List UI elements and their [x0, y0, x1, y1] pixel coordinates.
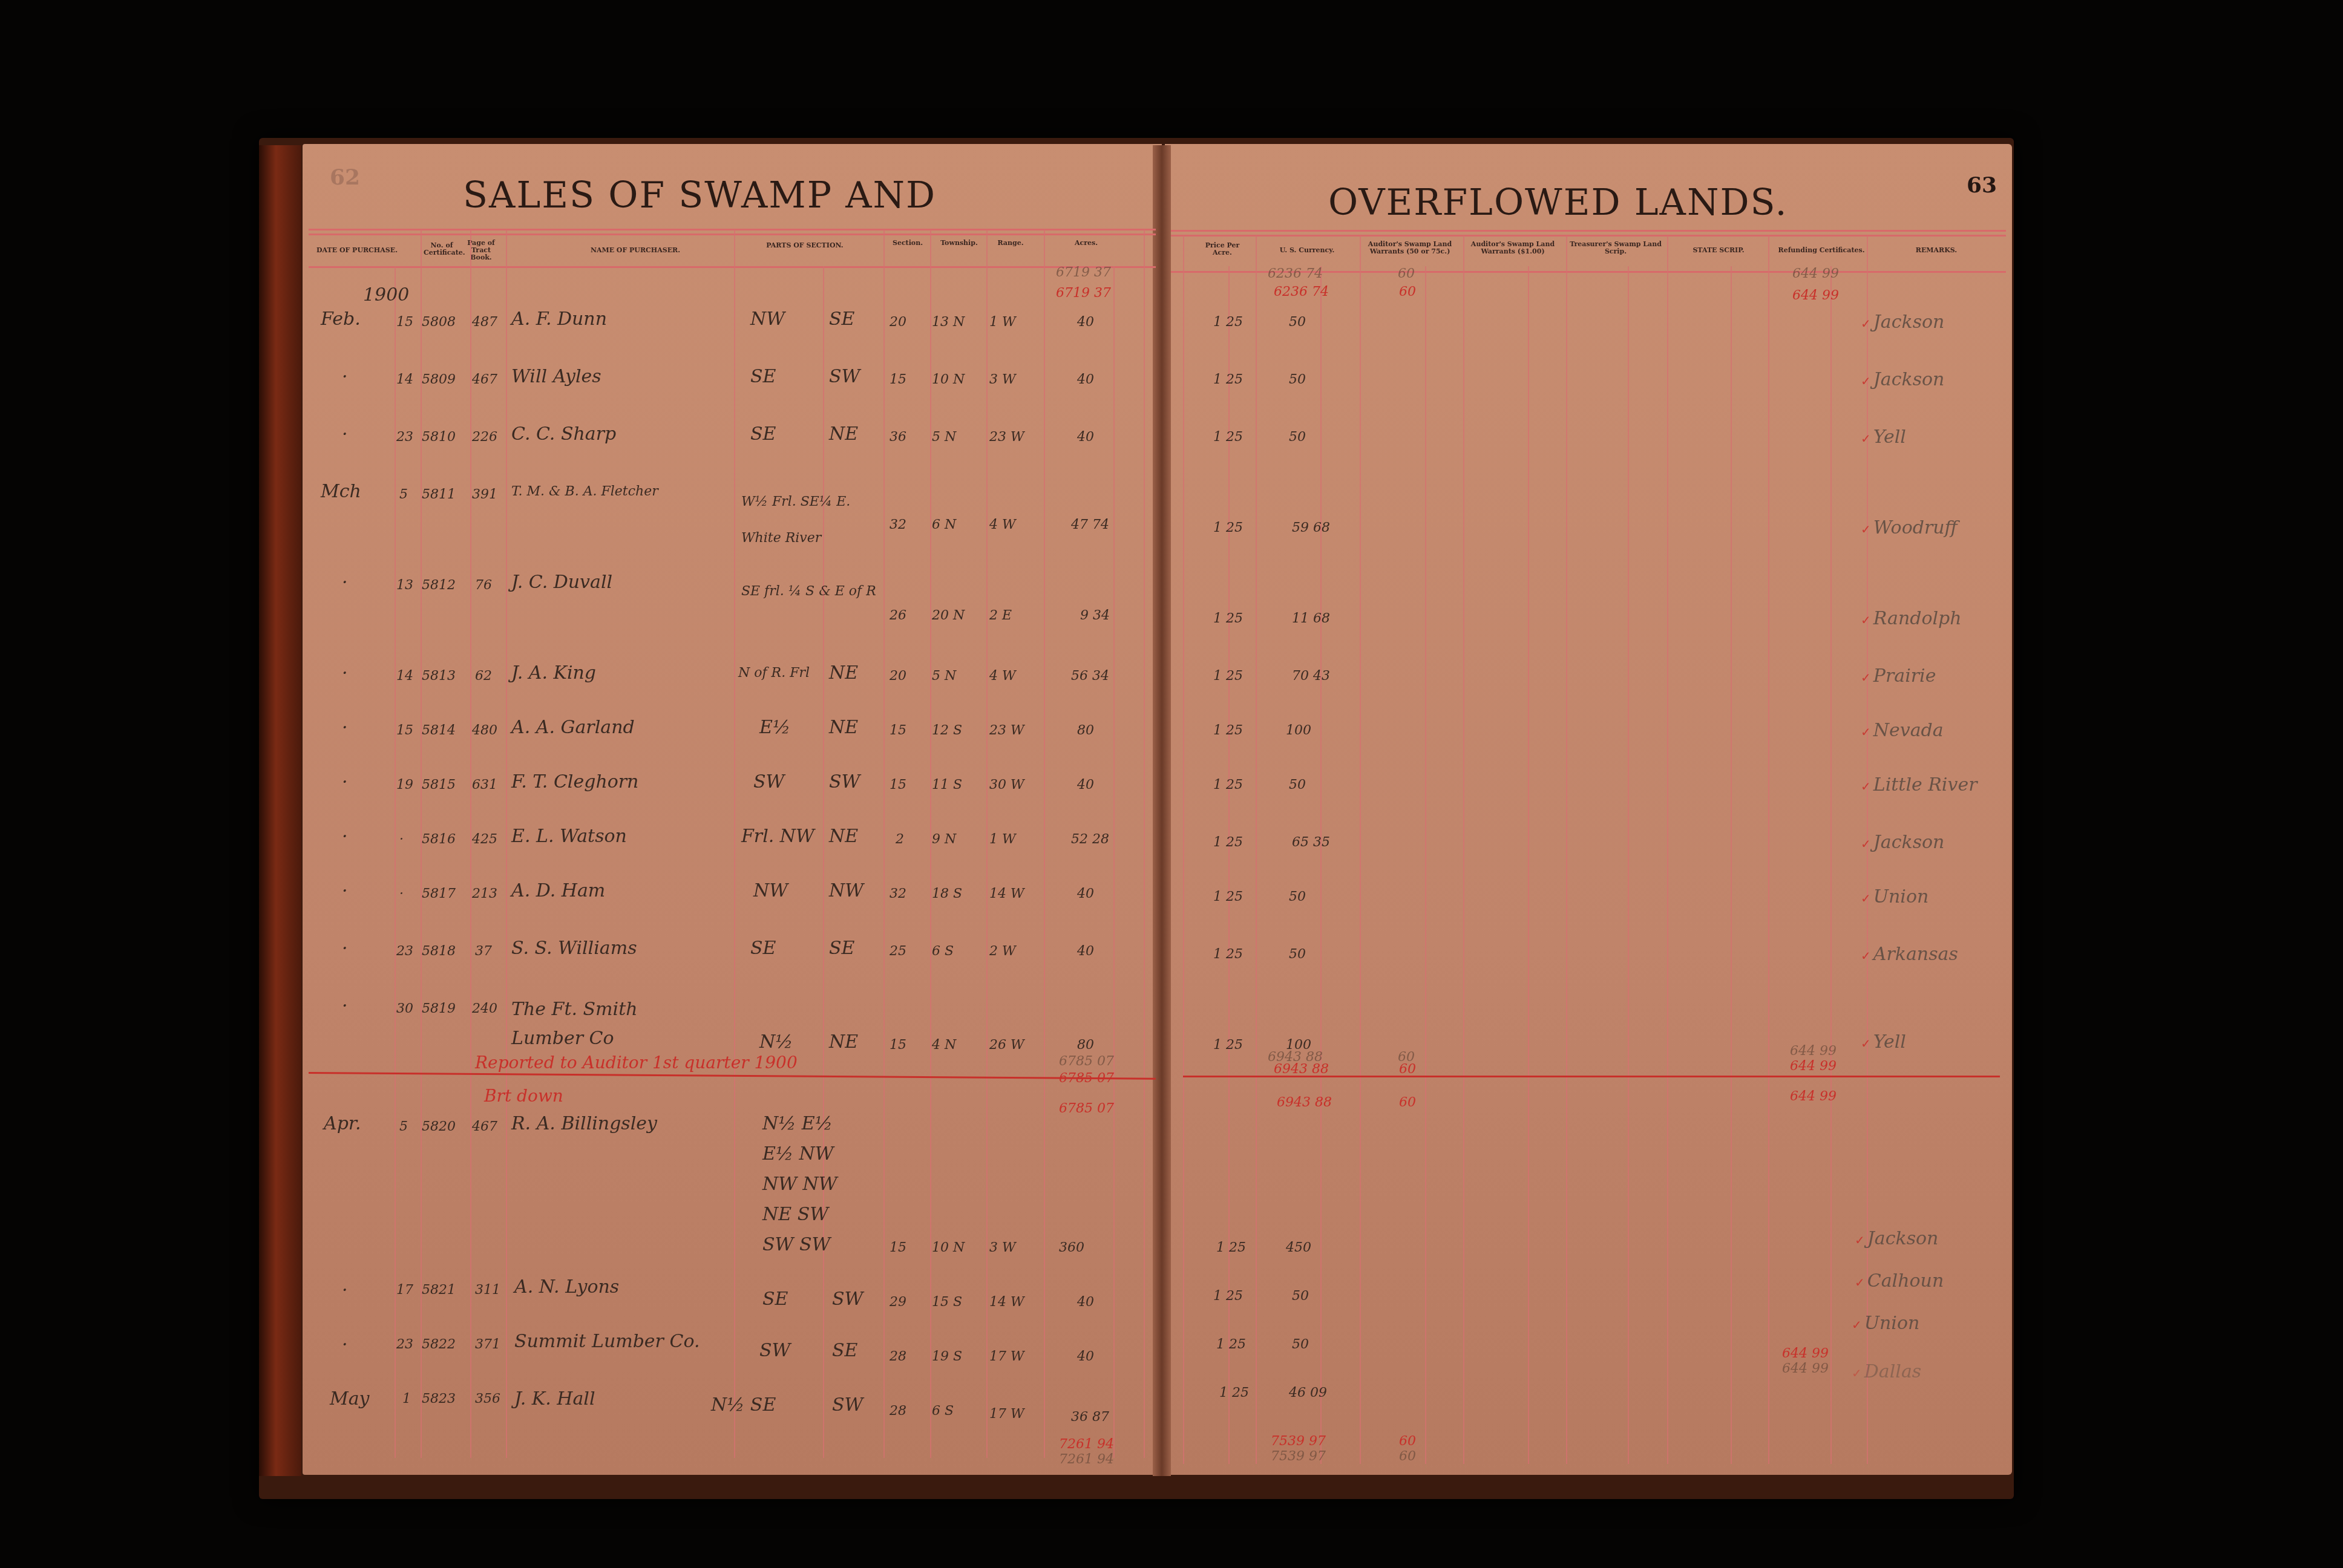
entry-parts-line: NW NW — [762, 1174, 837, 1195]
vrule — [470, 230, 471, 1458]
qc-currency-brought-down: 6943 88 — [1277, 1095, 1332, 1110]
entry-page: 480 — [472, 723, 497, 738]
qc-refunding-brought-down: 644 99 — [1790, 1089, 1837, 1104]
total-refunding-red: 644 99 — [1782, 1346, 1829, 1361]
entry-acres: 40 — [1077, 315, 1094, 330]
entry-township: 19 S — [932, 1349, 962, 1364]
book-gutter — [1153, 145, 1171, 1476]
qc-acres-brought-down: 6785 07 — [1059, 1101, 1114, 1116]
entry-cert: 5815 — [422, 777, 456, 792]
entry-parts2: NW — [829, 880, 863, 901]
entry-currency: 50 — [1289, 315, 1306, 330]
entry-range: 26 W — [989, 1037, 1024, 1053]
check-mark-icon: ✓ — [1861, 613, 1871, 627]
entry-acres: 9 34 — [1080, 608, 1110, 623]
page-title-left: SALES OF SWAMP AND — [463, 174, 936, 217]
entry-township: 5 N — [932, 430, 956, 445]
entry-parts2: NE — [829, 826, 858, 847]
entry-currency: 100 — [1286, 723, 1311, 738]
entry-name: A. D. Ham — [511, 880, 605, 901]
entry-remark: ✓Little River — [1861, 774, 1978, 795]
total-acres-red: 7261 94 — [1059, 1437, 1114, 1452]
col-auditor-warrants-50-75: Auditor's Swamp Land Warrants (50 or 75c… — [1362, 241, 1458, 255]
entry-range: 2 W — [989, 944, 1016, 959]
entry-cert: 5823 — [422, 1391, 456, 1406]
qc-warrants-red: 60 — [1399, 1062, 1416, 1077]
entry-name: C. C. Sharp — [511, 423, 616, 445]
entry-section: 20 — [890, 315, 906, 330]
entry-remark: ✓Union — [1861, 886, 1928, 907]
entry-currency: 50 — [1292, 1289, 1309, 1304]
entry-price: 1 25 — [1213, 835, 1243, 850]
total-acres-pencil: 7261 94 — [1059, 1452, 1114, 1467]
vrule — [1463, 236, 1464, 1464]
entry-currency: 11 68 — [1292, 611, 1330, 626]
entry-day: 15 — [396, 315, 413, 330]
entry-remark: ✓Calhoun — [1855, 1270, 1944, 1292]
entry-name: J. A. King — [511, 662, 596, 684]
entry-section: 15 — [890, 723, 906, 738]
entry-month: · — [342, 717, 348, 738]
col-acres: Acres. — [1053, 240, 1119, 247]
entry-parts2: NE — [829, 717, 858, 738]
entry-remark: ✓Yell — [1861, 1031, 1906, 1053]
vrule — [1228, 266, 1230, 1464]
entry-remark: ✓Jackson — [1855, 1228, 1938, 1249]
entry-month: · — [342, 423, 348, 445]
entry-range: 23 W — [989, 723, 1024, 738]
entry-month: · — [342, 995, 348, 1016]
right-page-number: 63 — [1967, 172, 1997, 198]
entry-township: 13 N — [932, 315, 965, 330]
entry-acres: 40 — [1077, 886, 1094, 901]
entry-cert: 5812 — [422, 578, 456, 593]
entry-parts-line: NE SW — [762, 1204, 828, 1225]
entry-price: 1 25 — [1219, 1385, 1249, 1400]
bf-currency-red: 6236 74 — [1274, 284, 1329, 299]
entry-remark: ✓Jackson — [1861, 369, 1944, 390]
entry-page: 467 — [472, 372, 497, 387]
col-treasurer-scrip: Treasurer's Swamp Land Scrip. — [1567, 241, 1664, 255]
vrule — [1360, 236, 1361, 1464]
entry-acres: 40 — [1077, 944, 1094, 959]
entry-currency: 450 — [1286, 1240, 1311, 1255]
entry-month: · — [342, 1334, 348, 1355]
entry-township: 6 S — [932, 944, 954, 959]
entry-page: 487 — [472, 315, 497, 330]
qc-refunding-pencil: 644 99 — [1790, 1044, 1837, 1059]
entry-parts: W½ Frl. SE¼ E. White River — [741, 484, 880, 557]
entry-section: 36 — [890, 430, 906, 445]
entry-currency: 50 — [1289, 372, 1306, 387]
entry-range: 30 W — [989, 777, 1024, 792]
entry-range: 4 W — [989, 668, 1016, 684]
entry-township: 12 S — [932, 723, 962, 738]
entry-parts-line: E½ NW — [762, 1143, 834, 1165]
bf-acres-red: 6719 37 — [1056, 286, 1111, 301]
entry-township: 6 S — [932, 1403, 954, 1419]
entry-page: 371 — [475, 1337, 500, 1352]
entry-parts: N½ SE — [711, 1394, 776, 1416]
col-range: Range. — [986, 240, 1035, 247]
entry-month: · — [342, 826, 348, 847]
entry-cert: 5819 — [422, 1001, 456, 1016]
entry-range: 1 W — [989, 832, 1016, 847]
entry-name: F. T. Cleghorn — [511, 771, 638, 792]
qc-warrants-brought-down: 60 — [1399, 1095, 1416, 1110]
entry-section: 29 — [890, 1295, 906, 1310]
bf-refunding-pencil: 644 99 — [1792, 266, 1839, 281]
entry-parts2: SW — [832, 1289, 863, 1310]
vrule — [1144, 230, 1145, 1458]
entry-name: Will Ayles — [511, 366, 601, 387]
entry-price: 1 25 — [1213, 611, 1243, 626]
entry-section: 15 — [890, 372, 906, 387]
vrule — [883, 230, 885, 1458]
entry-cert: 5813 — [422, 668, 456, 684]
entry-name: A. F. Dunn — [511, 309, 607, 330]
entry-acres: 40 — [1077, 777, 1094, 792]
entry-day: 14 — [396, 372, 413, 387]
entry-price: 1 25 — [1213, 372, 1243, 387]
entry-township: 9 N — [932, 832, 956, 847]
entry-section: 28 — [890, 1403, 906, 1419]
left-page — [303, 144, 1162, 1475]
check-mark-icon: ✓ — [1861, 725, 1871, 739]
entry-price: 1 25 — [1213, 430, 1243, 445]
vrule — [1320, 266, 1322, 1464]
check-mark-icon: ✓ — [1861, 316, 1871, 331]
entry-township: 4 N — [932, 1037, 956, 1053]
entry-parts2: NE — [829, 662, 858, 684]
entry-section: 20 — [890, 668, 906, 684]
check-mark-icon: ✓ — [1861, 779, 1871, 794]
brought-down-label: Brt down — [484, 1086, 563, 1106]
col-state-scrip: STATE SCRIP. — [1673, 247, 1764, 254]
entry-day: 1 — [402, 1391, 411, 1406]
year-label: 1900 — [363, 284, 409, 305]
entry-name: S. S. Williams — [511, 938, 637, 959]
entry-township: 10 N — [932, 372, 965, 387]
check-mark-icon: ✓ — [1861, 374, 1871, 388]
vrule — [986, 230, 988, 1458]
entry-remark: ✓Jackson — [1861, 832, 1944, 853]
entry-cert: 5816 — [422, 832, 456, 847]
entry-acres: 52 28 — [1071, 832, 1109, 847]
entry-month: Apr. — [324, 1113, 361, 1134]
header-rule-top-right-2 — [1171, 235, 2006, 237]
entry-remark: ✓Dallas — [1852, 1361, 1921, 1382]
entry-currency: 50 — [1289, 947, 1306, 962]
entry-currency: 50 — [1289, 777, 1306, 792]
entry-currency: 50 — [1289, 430, 1306, 445]
entry-page: 213 — [472, 886, 497, 901]
entry-remark: ✓Jackson — [1861, 312, 1944, 333]
entry-month: Feb. — [321, 309, 361, 330]
vrule — [1044, 230, 1045, 1458]
bf-warrants-pencil: 60 — [1398, 266, 1415, 281]
entry-remark: ✓Arkansas — [1861, 944, 1958, 965]
total-currency-red: 7539 97 — [1271, 1434, 1326, 1449]
entry-currency: 50 — [1292, 1337, 1309, 1352]
quarter-report-note: Reported to Auditor 1st quarter 1900 — [475, 1053, 798, 1073]
entry-township: 15 S — [932, 1295, 962, 1310]
entry-currency: 46 09 — [1289, 1385, 1327, 1400]
entry-parts: SE frl. ¼ S & E of R — [741, 575, 880, 608]
entry-page: 76 — [475, 578, 492, 593]
entry-name: T. M. & B. A. Fletcher — [511, 484, 658, 499]
entry-day: 19 — [396, 777, 413, 792]
entry-parts2: SW — [829, 366, 860, 387]
entry-acres: 360 — [1059, 1240, 1084, 1255]
entry-page: 37 — [475, 944, 492, 959]
entry-price: 1 25 — [1216, 1337, 1246, 1352]
entry-page: 631 — [472, 777, 497, 792]
entry-name: J. K. Hall — [514, 1388, 595, 1410]
entry-range: 3 W — [989, 372, 1016, 387]
entry-parts2: SE — [829, 938, 854, 959]
entry-name: R. A. Billingsley — [511, 1113, 657, 1134]
vrule — [1528, 266, 1529, 1464]
book-fore-edge — [259, 145, 301, 1476]
vrule — [734, 230, 735, 1458]
entry-month: · — [342, 1279, 348, 1301]
header-rule-top-right — [1171, 230, 2006, 232]
entry-range: 14 W — [989, 886, 1024, 901]
entry-section: 26 — [890, 608, 906, 623]
entry-parts: SE — [762, 1289, 788, 1310]
entry-day: 23 — [396, 1337, 413, 1352]
entry-section: 28 — [890, 1349, 906, 1364]
entry-name: Summit Lumber Co. — [514, 1331, 700, 1352]
entry-parts: N of R. Frl — [738, 665, 810, 681]
entry-range: 4 W — [989, 517, 1016, 532]
entry-acres: 47 74 — [1071, 517, 1109, 532]
entry-remark: ✓Prairie — [1861, 665, 1936, 687]
entry-range: 2 E — [989, 608, 1012, 623]
entry-parts: SE — [750, 366, 776, 387]
entry-acres: 40 — [1077, 372, 1094, 387]
entry-acres: 80 — [1077, 723, 1094, 738]
entry-name: J. C. Duvall — [511, 572, 612, 593]
entry-parts: Frl. NW — [741, 826, 814, 847]
entry-section: 15 — [890, 1037, 906, 1053]
vrule — [1566, 236, 1567, 1464]
header-rule-top-left — [309, 229, 1156, 230]
check-mark-icon: ✓ — [1861, 949, 1871, 963]
col-refunding-certificates: Refunding Certificates. — [1770, 247, 1873, 254]
entry-parts: SE — [750, 938, 776, 959]
entry-day: 5 — [399, 1119, 408, 1134]
entry-page: 356 — [475, 1391, 500, 1406]
entry-day: 17 — [396, 1282, 413, 1298]
entry-month: · — [342, 938, 348, 959]
entry-township: 18 S — [932, 886, 962, 901]
qc-currency-red: 6943 88 — [1274, 1062, 1329, 1077]
entry-day: 15 — [396, 723, 413, 738]
check-mark-icon: ✓ — [1861, 670, 1871, 685]
entry-price: 1 25 — [1213, 947, 1243, 962]
vrule — [1256, 236, 1257, 1464]
col-name-of-purchaser: NAME OF PURCHASER. — [545, 247, 726, 254]
entry-currency: 70 43 — [1292, 668, 1330, 684]
vrule — [395, 266, 396, 1458]
bf-acres-pencil: 6719 37 — [1056, 265, 1111, 280]
entry-remark: ✓Union — [1852, 1313, 1919, 1334]
entry-parts2: SE — [832, 1340, 857, 1361]
entry-remark: ✓Woodruff — [1861, 517, 1958, 538]
entry-parts: SW — [759, 1340, 790, 1361]
check-mark-icon: ✓ — [1855, 1233, 1865, 1247]
entry-name: E. L. Watson — [511, 826, 627, 847]
entry-price: 1 25 — [1213, 723, 1243, 738]
check-mark-icon: ✓ — [1861, 891, 1871, 906]
entry-section: 25 — [890, 944, 906, 959]
bf-refunding-red: 644 99 — [1792, 288, 1839, 303]
qc-acres-pencil: 6785 07 — [1059, 1054, 1114, 1069]
entry-parts-line: SW SW — [762, 1234, 830, 1255]
entry-month: · — [342, 572, 348, 593]
entry-acres: 40 — [1077, 430, 1094, 445]
entry-acres: 40 — [1077, 1349, 1094, 1364]
bf-currency-pencil: 6236 74 — [1268, 266, 1323, 281]
entry-cert: 5811 — [422, 487, 456, 502]
entry-parts: SE — [750, 423, 776, 445]
entry-price: 1 25 — [1213, 1037, 1243, 1053]
entry-parts: SW — [753, 771, 784, 792]
entry-section: 32 — [890, 886, 906, 901]
vrule — [1113, 266, 1115, 1458]
col-auditor-warrants-100: Auditor's Swamp Land Warrants ($1.00) — [1464, 241, 1561, 255]
entry-currency: 59 68 — [1292, 520, 1330, 535]
entry-price: 1 25 — [1213, 777, 1243, 792]
entry-parts: N½ — [759, 1031, 793, 1053]
header-rule-top-left-2 — [309, 234, 1156, 235]
entry-parts2: SW — [832, 1394, 863, 1416]
check-mark-icon: ✓ — [1852, 1318, 1862, 1332]
entry-month: Mch — [321, 481, 361, 502]
entry-range: 17 W — [989, 1406, 1024, 1422]
quarter-close-rule-right — [1183, 1076, 2000, 1077]
entry-section: 15 — [890, 1240, 906, 1255]
col-date-of-purchase: DATE OF PURCHASE. — [315, 247, 399, 254]
entry-range: 23 W — [989, 430, 1024, 445]
entry-page: 62 — [475, 668, 492, 684]
qc-acres-red: 6785 07 — [1059, 1071, 1114, 1086]
entry-parts: E½ — [759, 717, 790, 738]
entry-month: · — [342, 662, 348, 684]
entry-name: A. N. Lyons — [514, 1276, 619, 1298]
entry-day: · — [399, 886, 404, 901]
entry-township: 5 N — [932, 668, 956, 684]
entry-parts2: SW — [829, 771, 860, 792]
entry-day: 14 — [396, 668, 413, 684]
qc-refunding-red: 644 99 — [1790, 1059, 1837, 1074]
entry-cert: 5818 — [422, 944, 456, 959]
vrule — [1667, 236, 1668, 1464]
left-page-number: 62 — [330, 165, 360, 190]
vrule — [1830, 266, 1832, 1464]
col-section: Section. — [886, 240, 929, 247]
bf-warrants-red: 60 — [1399, 284, 1416, 299]
vrule — [823, 266, 824, 1458]
check-mark-icon: ✓ — [1861, 1036, 1871, 1051]
check-mark-icon: ✓ — [1855, 1275, 1865, 1290]
col-parts-of-section: PARTS OF SECTION. — [750, 242, 859, 249]
entry-cert: 5809 — [422, 372, 456, 387]
entry-cert: 5808 — [422, 315, 456, 330]
col-us-currency: U. S. Currency. — [1262, 247, 1352, 254]
entry-cert: 5810 — [422, 430, 456, 445]
check-mark-icon: ✓ — [1852, 1366, 1862, 1380]
entry-price: 1 25 — [1213, 889, 1243, 904]
entry-acres: 80 — [1077, 1037, 1094, 1053]
check-mark-icon: ✓ — [1861, 522, 1871, 537]
entry-price: 1 25 — [1213, 1289, 1243, 1304]
entry-page: 425 — [472, 832, 497, 847]
col-price-per-acre: Price Per Acre. — [1195, 242, 1250, 256]
entry-remark: ✓Randolph — [1861, 608, 1962, 629]
col-certificate-no: No. of Certificate. — [424, 242, 460, 256]
entry-parts: NW — [750, 309, 785, 330]
entry-parts2: NE — [829, 1031, 858, 1053]
total-currency-pencil: 7539 97 — [1271, 1449, 1326, 1464]
vrule — [1768, 236, 1769, 1464]
entry-parts2: NE — [829, 423, 858, 445]
header-rule-bottom-left — [309, 266, 1156, 268]
entry-month: · — [342, 366, 348, 387]
entry-section: 32 — [890, 517, 906, 532]
entry-acres: 56 34 — [1071, 668, 1109, 684]
entry-range: 17 W — [989, 1349, 1024, 1364]
vrule — [1628, 266, 1629, 1464]
entry-page: 467 — [472, 1119, 497, 1134]
entry-page: 240 — [472, 1001, 497, 1016]
entry-page: 226 — [472, 430, 497, 445]
check-mark-icon: ✓ — [1861, 837, 1871, 851]
entry-cert: 5822 — [422, 1337, 456, 1352]
entry-month: · — [342, 771, 348, 792]
vrule — [1425, 266, 1426, 1464]
entry-price: 1 25 — [1213, 315, 1243, 330]
page-title-right: OVERFLOWED LANDS. — [1328, 181, 1788, 224]
entry-section: 2 — [896, 832, 904, 847]
entry-township: 20 N — [932, 608, 965, 623]
entry-currency: 65 35 — [1292, 835, 1330, 850]
entry-cert: 5814 — [422, 723, 456, 738]
entry-remark: ✓Nevada — [1861, 720, 1944, 741]
entry-township: 11 S — [932, 777, 962, 792]
entry-month: · — [342, 880, 348, 901]
col-remarks: REMARKS. — [1882, 247, 1991, 254]
entry-range: 1 W — [989, 315, 1016, 330]
entry-range: 14 W — [989, 1295, 1024, 1310]
entry-name: A. A. Garland — [511, 717, 635, 738]
entry-cert: 5821 — [422, 1282, 456, 1298]
entry-day: · — [399, 832, 404, 847]
entry-acres: 36 87 — [1071, 1410, 1109, 1425]
total-warrants-pencil: 60 — [1399, 1449, 1416, 1464]
entry-acres: 40 — [1077, 1295, 1094, 1310]
entry-section: 15 — [890, 777, 906, 792]
entry-range: 3 W — [989, 1240, 1016, 1255]
col-township: Township. — [935, 240, 983, 247]
entry-page: 311 — [475, 1282, 500, 1298]
vrule — [930, 230, 931, 1458]
entry-page: 391 — [472, 487, 497, 502]
entry-cert: 5817 — [422, 886, 456, 901]
entry-day: 23 — [396, 430, 413, 445]
